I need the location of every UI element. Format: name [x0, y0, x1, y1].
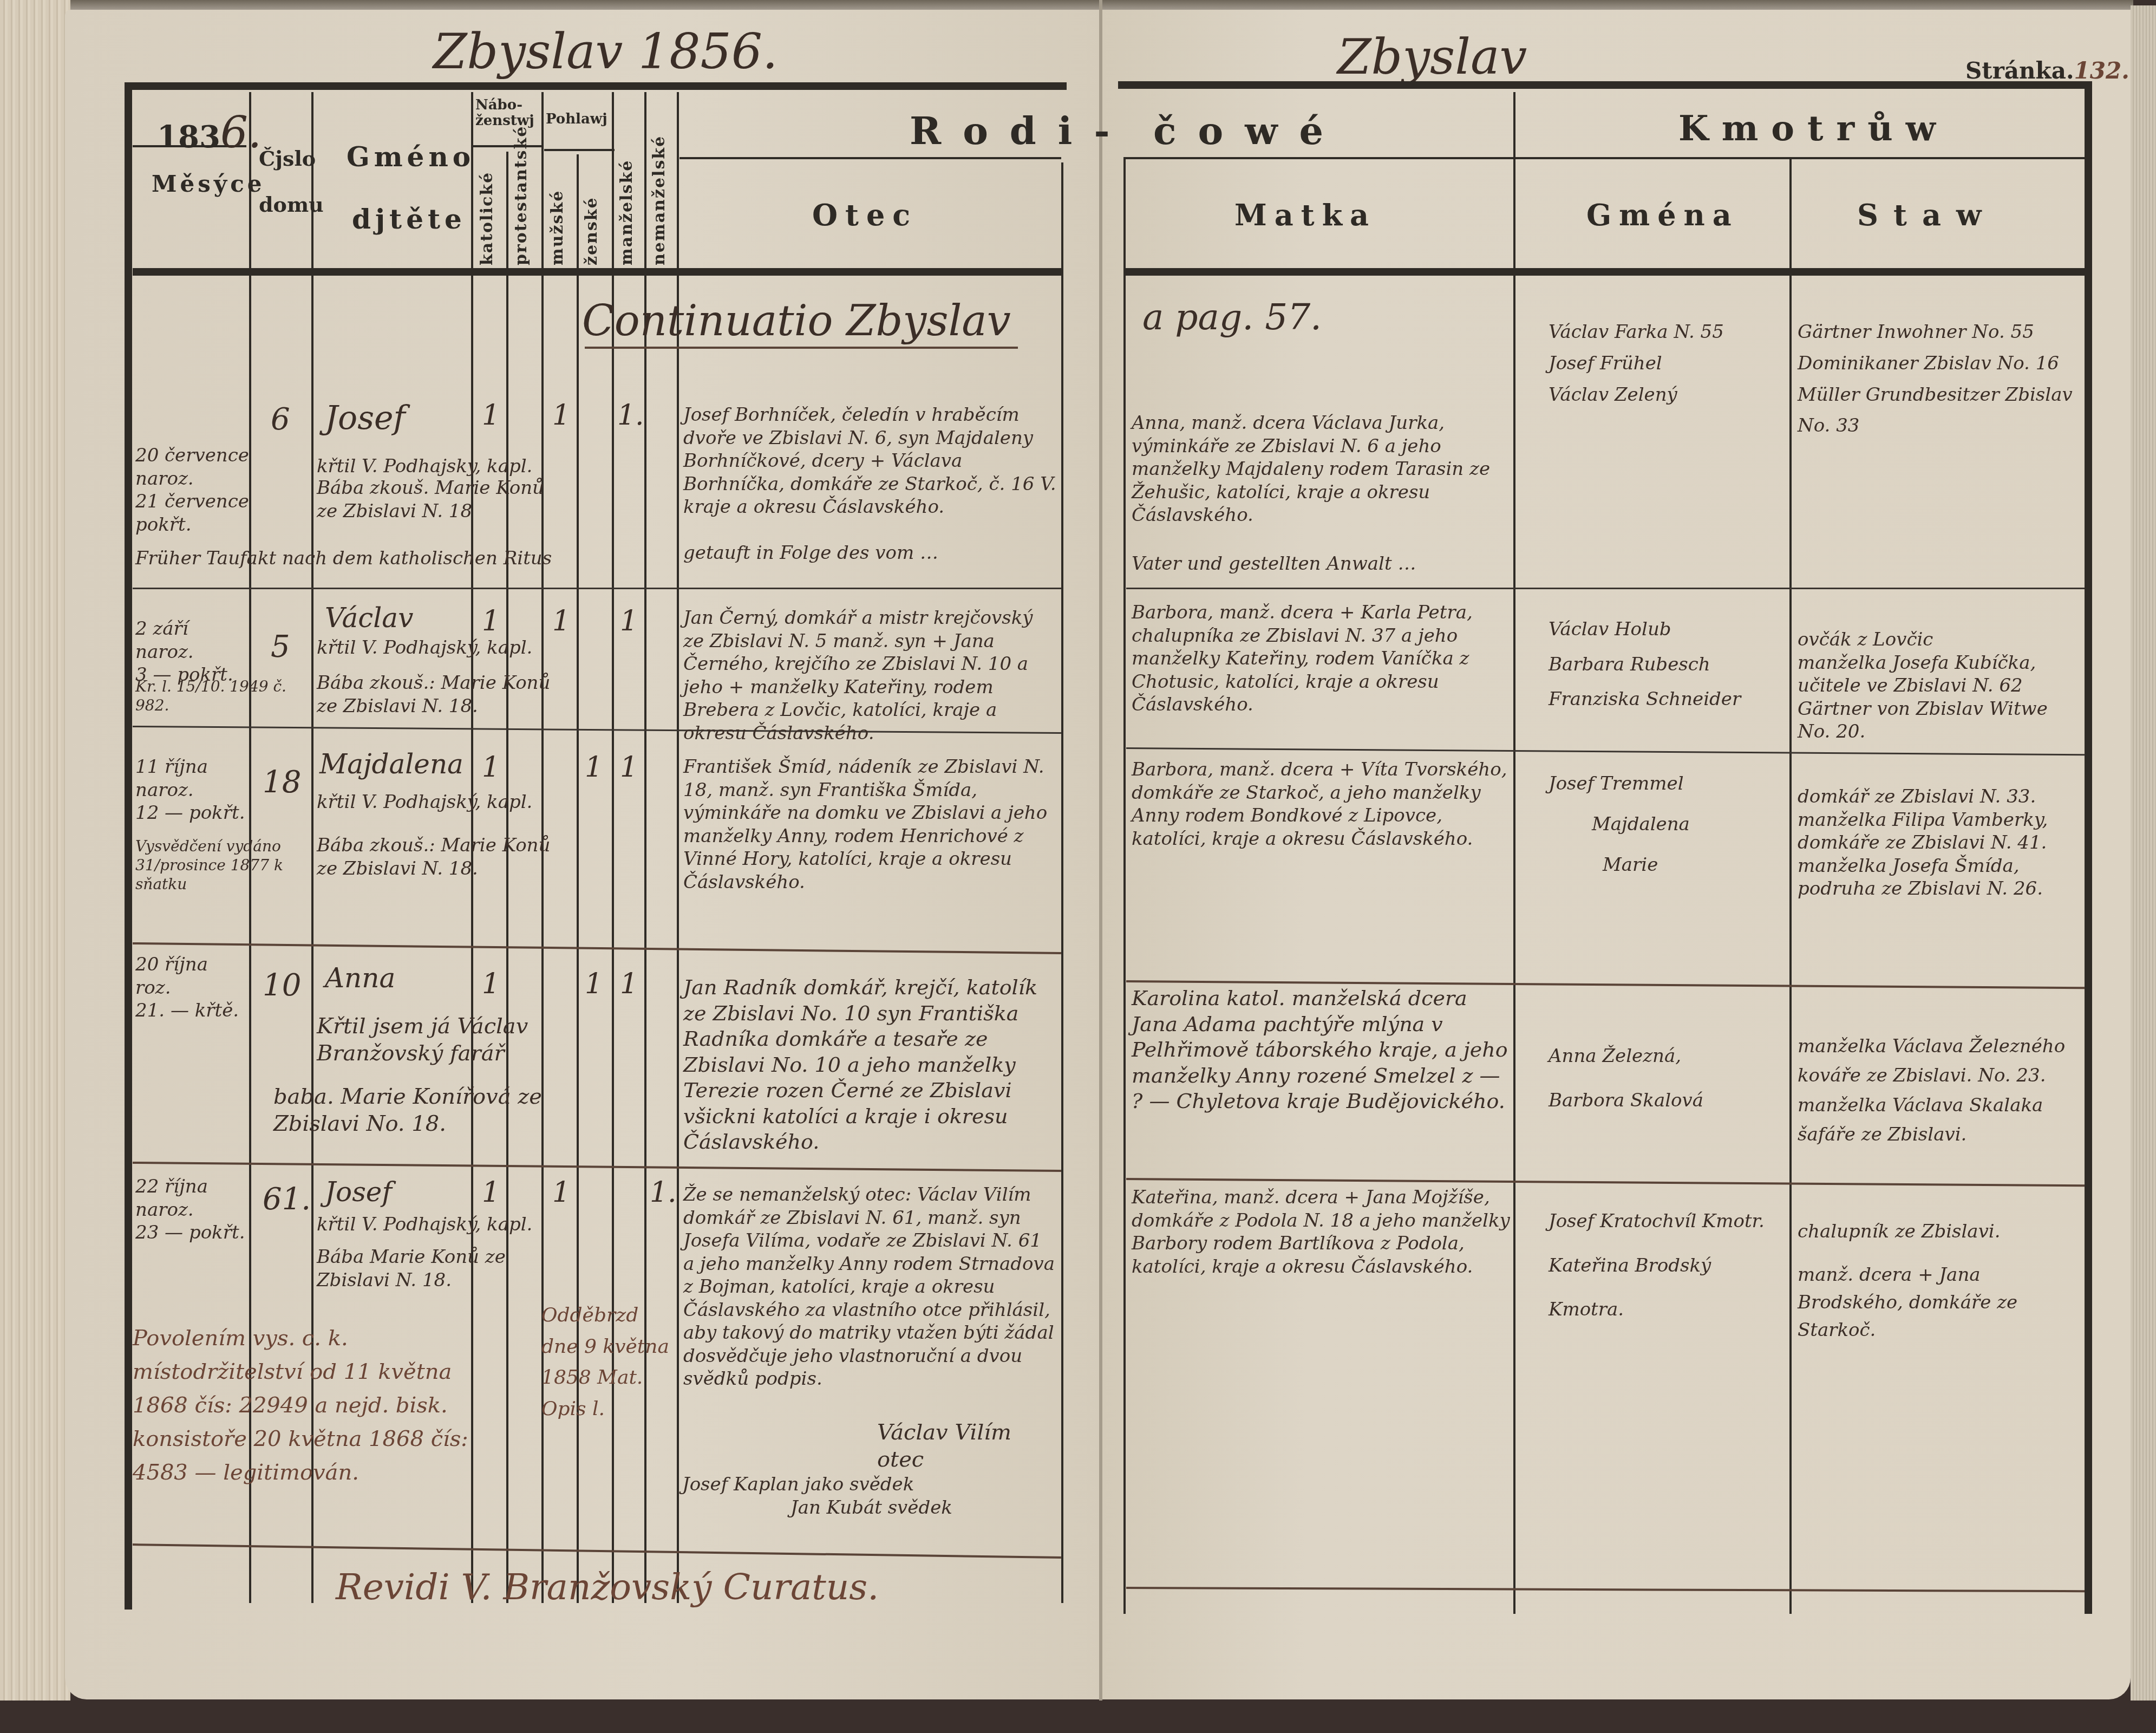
- right-table-top-border: [1118, 81, 2090, 89]
- header-manzelske: manželské: [617, 162, 636, 265]
- birth-date: 2 září naroz.: [135, 617, 249, 663]
- entry-3-baptized: křtil V. Podhajský, kapl.: [317, 791, 555, 814]
- col-divider-stav: [1789, 157, 1792, 1614]
- header-nemanzelske: nemanželské: [650, 162, 669, 265]
- entry-2-father: Jan Černý, domkář a mistr krejčovský ze …: [683, 607, 1057, 745]
- header-zenske: ženské: [582, 162, 601, 265]
- sponsor-status: manželka Josefa Šmída, podruha ze Zbisla…: [1798, 855, 2079, 901]
- entry-3-sponsor-status: domkář ze Zbislavi N. 33. manželka Filip…: [1798, 785, 2079, 901]
- year-handwritten: 6.: [220, 107, 262, 158]
- entry-1-sponsors: Václav Farka N. 55 Josef Frühel Václav Z…: [1549, 317, 1781, 411]
- entry-5-nemanzelske: 1.: [650, 1175, 677, 1210]
- header-ditete: djtěte: [352, 203, 466, 235]
- sponsor-name: Josef Tremmel: [1549, 764, 1781, 804]
- sponsor-status: domkář ze Zbislavi N. 33.: [1798, 785, 2079, 809]
- sponsor-name: Václav Farka N. 55: [1549, 317, 1781, 348]
- entry-2-name: Václav: [325, 601, 413, 635]
- left-table-left-border: [125, 82, 132, 1610]
- left-table-top-border: [125, 82, 1067, 90]
- entry-5-muzske: 1: [552, 1175, 570, 1210]
- entry-4-midwife: baba. Marie Konířová ze Zbislavi No. 18.: [273, 1083, 577, 1137]
- entry-3-name: Majdalena: [319, 747, 463, 781]
- entry-3-katolicke: 1: [482, 750, 500, 785]
- entry-4-mother: Karolina katol. manželská dcera Jana Ada…: [1132, 986, 1511, 1115]
- baptism-date: 21 července pokřt.: [135, 490, 249, 536]
- header-pohlavi: Pohlawj: [546, 111, 607, 127]
- header-jmeno: Gméno: [347, 141, 475, 173]
- sponsor-name: Franziska Schneider: [1549, 682, 1781, 717]
- page-number-label: Stránka.: [1965, 57, 2074, 84]
- right-table-right-border: [2085, 81, 2092, 1614]
- entry-1-sponsor-status: Gärtner Inwohner No. 55 Dominikaner Zbis…: [1798, 317, 2079, 442]
- header-jmena: Gména: [1586, 198, 1739, 232]
- entry-2-midwife: Bába zkouš.: Marie Konů ze Zbislavi N. 1…: [317, 672, 555, 718]
- entry-5-witnesses: Josef Kaplan jako svědek Jan Kubát svěde…: [682, 1473, 1061, 1519]
- entry-4-father: Jan Radník domkář, krejčí, katolík ze Zb…: [683, 975, 1057, 1155]
- entry-1-mother-note: Vater und gestellten Anwalt …: [1132, 552, 1511, 576]
- header-muzske: mužské: [548, 162, 567, 265]
- entry-2-house: 5: [271, 628, 290, 666]
- entry-2-katolicke: 1: [482, 604, 500, 639]
- entry-4-date: 20 října roz. 21. — křtě.: [135, 953, 249, 1022]
- entry-1-name: Josef: [325, 398, 406, 439]
- witness-signature: Josef Kaplan jako svědek: [682, 1473, 1061, 1496]
- entry-1-nemanzelske: 1.: [617, 398, 644, 433]
- entry-5-father-signature: Václav Vilím otec: [877, 1419, 1061, 1473]
- right-header-bottom-border: [1123, 268, 2085, 276]
- sponsor-status: manž. dcera + Jana Brodského, domkáře ze…: [1798, 1261, 2079, 1344]
- sponsor-status: Gärtner Inwohner No. 55: [1798, 317, 2079, 348]
- entry-3-father: František Šmíd, nádeník ze Zbislavi N. 1…: [683, 755, 1057, 894]
- entry-5-legitimation-note: Povolením vys. c. k. místodržitelství od…: [133, 1321, 468, 1489]
- book-right-edge: [2131, 5, 2156, 1701]
- sponsor-status: ovčák z Lovčic: [1798, 628, 2079, 651]
- left-table-right-border: [1061, 162, 1063, 1603]
- right-page-heading: Zbyslav: [1337, 27, 1527, 88]
- continuation-note: Continuatio Zbyslav: [582, 295, 1011, 348]
- birth-date: 20 října roz.: [135, 953, 249, 999]
- entry-3-manzelske: 1: [620, 750, 638, 785]
- header-nabozenstvi: Nábo-ženstwj: [475, 97, 540, 128]
- sponsor-name: Marie: [1549, 845, 1781, 885]
- entry-2-date-note: Kr. l. 15/10. 1949 č. 982.: [135, 677, 319, 715]
- entry-2-mother: Barbora, manž. dcera + Karla Petra, chal…: [1132, 601, 1511, 716]
- entry-5-date: 22 října naroz. 23 — pokřt.: [135, 1175, 249, 1245]
- sponsor-status: manželka Václava Skalaka šafáře ze Zbisl…: [1798, 1091, 2079, 1150]
- entry-5-baptized: křtil V. Podhajský, kapl.: [317, 1213, 555, 1236]
- page-number-value: 132.: [2074, 57, 2129, 84]
- entry-4-manzelske: 1: [620, 967, 638, 1002]
- sponsor-status: Müller Grundbesitzer Zbislav No. 33: [1798, 380, 2079, 442]
- right-table-left-border: [1123, 157, 1126, 1614]
- kmotru-divider: [1123, 157, 2085, 159]
- left-page-heading: Zbyslav 1856.: [433, 22, 778, 83]
- entry-3-house: 18: [263, 764, 301, 802]
- entry-4-katolicke: 1: [482, 967, 500, 1002]
- entry-1-father-note: getauft in Folge des vom …: [683, 542, 1057, 565]
- sponsor-status: Dominikaner Zbislav No. 16: [1798, 348, 2079, 380]
- entry-1-katolicke: 1: [482, 398, 500, 433]
- entry-4-sponsor-status: manželka Václava Železného kováře ze Zbi…: [1798, 1032, 2079, 1150]
- sponsor-status: manželka Josefa Kubíčka, učitele ve Zbis…: [1798, 651, 2079, 698]
- entry-5-midwife: Bába Marie Konů ze Zbislavi N. 18.: [317, 1246, 555, 1292]
- entry-2-muzske: 1: [552, 604, 570, 639]
- entry-1-date: 20 července naroz. 21 července pokřt.: [135, 444, 249, 536]
- birth-date: 22 října naroz.: [135, 1175, 249, 1221]
- pohlavi-divider: [544, 149, 615, 151]
- entry-3-mother: Barbora, manž. dcera + Víta Tvorského, d…: [1132, 758, 1511, 850]
- entry-3-zenske: 1: [585, 750, 603, 785]
- year-printed: 1836.: [157, 106, 262, 160]
- continuation-underline: [585, 347, 1018, 349]
- sponsor-name: Václav Zelený: [1549, 380, 1781, 411]
- entry-2-sponsor-status: ovčák z Lovčic manželka Josefa Kubíčka, …: [1798, 628, 2079, 744]
- rodice-divider: [680, 157, 1061, 159]
- book-page-edges: [0, 0, 70, 1701]
- revision-signature: Revidi V. Branžovský Curatus.: [336, 1565, 879, 1610]
- sponsor-status: chalupník ze Zbislavi.: [1798, 1202, 2079, 1261]
- continuation-ref: a pag. 57.: [1142, 295, 1322, 340]
- entry-5-registry-note: Odděbrzd dne 9 května 1858 Mat. Opis l.: [541, 1300, 680, 1424]
- sponsor-name: Majdalena: [1549, 804, 1781, 845]
- sponsor-name: Václav Holub: [1549, 612, 1781, 647]
- sponsor-name: Josef Kratochvíl Kmotr.: [1549, 1200, 1781, 1244]
- entry-1-mother: Anna, manž. dcera Václava Jurka, výminká…: [1132, 412, 1511, 527]
- entry-3-midwife: Bába zkouš.: Marie Konů ze Zbislavi N. 1…: [317, 834, 555, 880]
- birth-date: 11 října naroz.: [135, 755, 249, 802]
- entry-4-name: Anna: [325, 961, 395, 995]
- entry-4-sponsors: Anna Železná, Barbora Skalová: [1549, 1034, 1781, 1123]
- sponsor-status: manželka Filipa Vamberky, domkáře ze Zbi…: [1798, 809, 2079, 855]
- entry-1-father: Josef Borhníček, čeledín v hraběcím dvoř…: [683, 403, 1057, 519]
- sponsor-name: Kateřina Brodský Kmotra.: [1549, 1244, 1781, 1332]
- header-otec: Otec: [812, 198, 918, 232]
- entry-1-baptized: křtil V. Podhajsky, kapl.: [317, 455, 550, 478]
- header-rodice-right: čowé: [1153, 108, 1345, 153]
- year-printed-text: 183: [157, 119, 220, 155]
- col-divider-kmotru: [1513, 92, 1515, 1614]
- baptism-date: 12 — pokřt.: [135, 802, 249, 825]
- sponsor-name: Barbora Skalová: [1549, 1079, 1781, 1123]
- left-header-bottom-border: [133, 268, 1061, 276]
- entry-1-house: 6: [271, 401, 290, 439]
- book-gutter: [1099, 0, 1102, 1701]
- row-separator-left-1: [133, 588, 1061, 589]
- entry-3-date-note: Vysvědčení vydáno 31/prosince 1877 k sňa…: [135, 837, 314, 894]
- entry-2-baptized: křtil V. Podhajský, kapl.: [317, 636, 555, 660]
- entry-5-mother: Kateřina, manž. dcera + Jana Mojžíše, do…: [1132, 1186, 1511, 1278]
- header-kmotru: Kmotrůw: [1678, 108, 1949, 149]
- header-cislo: Čjslo: [259, 146, 316, 171]
- entry-4-house: 10: [263, 967, 301, 1005]
- entry-1-midwife: Bába zkouš. Marie Konů ze Zbislavi N. 18: [317, 477, 555, 523]
- entry-1-date-note: Früher Taufakt nach dem katholischen Rit…: [135, 547, 677, 570]
- birth-date: 20 července naroz.: [135, 444, 249, 490]
- entry-3-date: 11 října naroz. 12 — pokřt.: [135, 755, 249, 825]
- sponsor-status: Gärtner von Zbislav Witwe No. 20.: [1798, 698, 2079, 744]
- header-katolicke: katolické: [478, 162, 496, 265]
- entry-2-manzelske: 1: [620, 604, 638, 639]
- entry-3-sponsors: Josef Tremmel Majdalena Marie: [1549, 764, 1781, 885]
- sponsor-name: Josef Frühel: [1549, 348, 1781, 380]
- baptism-date: 23 — pokřt.: [135, 1221, 249, 1245]
- entry-5-sponsor-status: chalupník ze Zbislavi. manž. dcera + Jan…: [1798, 1202, 2079, 1344]
- witness-signature: Jan Kubát svědek: [682, 1496, 1061, 1520]
- header-mesice: Měsýce: [152, 171, 265, 197]
- sponsor-status: manželka Václava Železného kováře ze Zbi…: [1798, 1032, 2079, 1091]
- entry-4-zenske: 1: [585, 967, 603, 1002]
- entry-2-sponsors: Václav Holub Barbara Rubesch Franziska S…: [1549, 612, 1781, 717]
- entry-5-father: Že se nemanželský otec: Václav Vilím dom…: [683, 1183, 1057, 1391]
- entry-5-sponsors: Josef Kratochvíl Kmotr. Kateřina Brodský…: [1549, 1200, 1781, 1332]
- entry-5-house: 61.: [263, 1181, 311, 1219]
- header-stav: Staw: [1857, 198, 1996, 232]
- sponsor-name: Barbara Rubesch: [1549, 647, 1781, 682]
- entry-1-muzske: 1: [552, 398, 570, 433]
- entry-4-baptized: Křtil jsem já Václav Branžovský farář: [317, 1013, 587, 1067]
- sponsor-name: Anna Železná,: [1549, 1034, 1781, 1079]
- header-protestantske: protestantské: [512, 162, 531, 265]
- header-matka: Matka: [1234, 198, 1376, 232]
- entry-5-katolicke: 1: [482, 1175, 500, 1210]
- baptism-date: 21. — křtě.: [135, 999, 249, 1022]
- nabozenstvi-divider: [471, 145, 541, 147]
- row-separator-right-1: [1126, 588, 2085, 589]
- header-rodice-left: Rodi-: [910, 108, 1131, 153]
- entry-2-date: 2 září naroz. 3 — pokřt.: [135, 617, 249, 687]
- entry-5-name: Josef: [325, 1175, 392, 1209]
- header-domu: domu: [259, 192, 324, 217]
